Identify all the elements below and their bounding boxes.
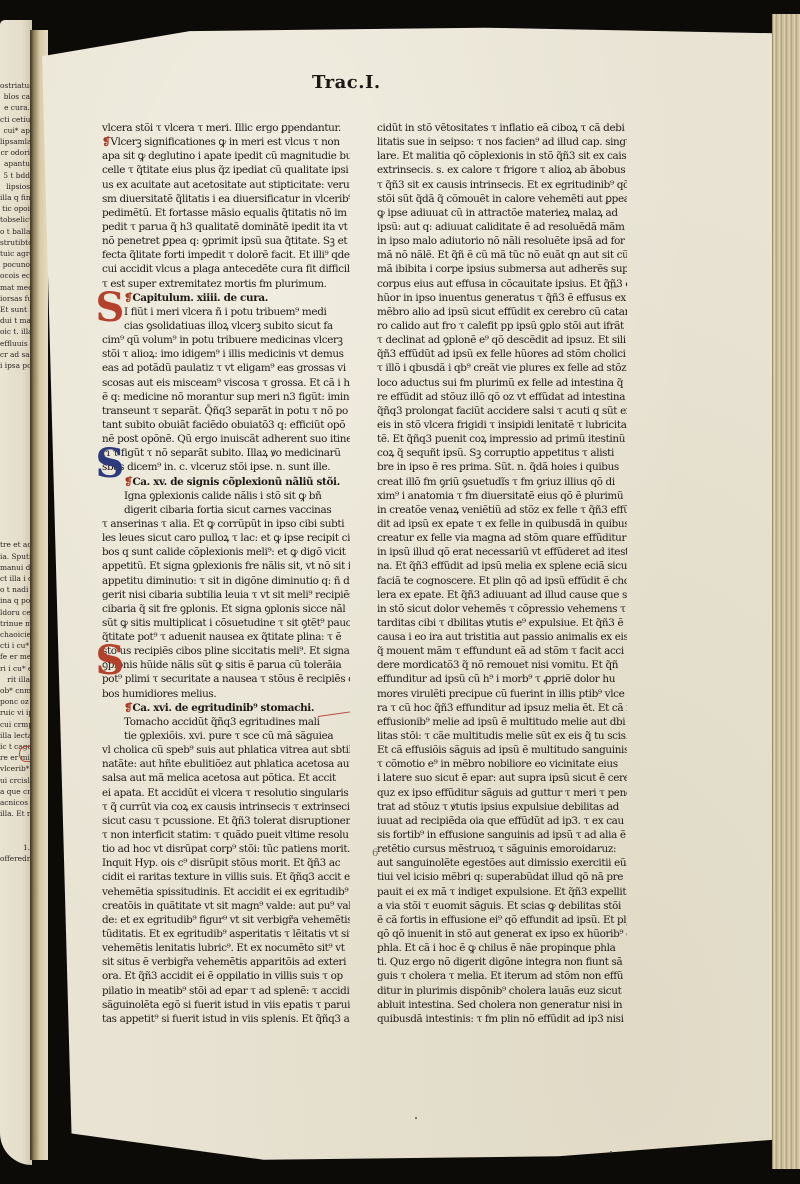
text-line: apa sit ꝙ deglutino i apate ipedit cũ ma… bbox=[102, 149, 350, 163]
text-line: pedit τ parua q̃ h3 qualitatẽ dominãtẽ i… bbox=[102, 220, 350, 234]
left-page-line: illa q fin bbox=[0, 192, 30, 203]
left-page-line: rit illa bbox=[0, 674, 30, 685]
text-line: loco aductus sui fm plurimũ ex felle ad … bbox=[377, 376, 627, 390]
left-page-line bbox=[0, 450, 30, 461]
text-line: τ non interficit statim: τ quãdo pueit v… bbox=[102, 828, 350, 842]
left-page-line bbox=[0, 439, 30, 450]
text-line: digerit cibaria fortia sicut carnes vacc… bbox=[102, 503, 350, 517]
left-page-line: chaoicies fac bbox=[0, 629, 30, 640]
left-page-line: ostriatus bbox=[0, 80, 30, 91]
text-line: cui accidit vlcus a plaga antecedẽte cur… bbox=[102, 262, 350, 276]
chapter-heading: ❡Capitulum. xiiii. de cura. bbox=[102, 291, 350, 305]
text-line: ra τ cũ hoc q̃ñ3 effunditur ad ipsuz mel… bbox=[377, 701, 627, 715]
text-line: appetitu diminutio: τ sit in digõne dimi… bbox=[102, 574, 350, 588]
text-line: scosas aut eis misceam⁹ viscosa τ grossa… bbox=[102, 376, 350, 390]
left-page-line: ponc oz vt fus bbox=[0, 696, 30, 707]
chapter-heading: ❡Ca. xv. de signis cõplexionũ nãliũ stõi… bbox=[102, 475, 350, 489]
text-line: bre in ipso ẽ res prima. Sũt. n. q̃dã ho… bbox=[377, 460, 627, 474]
left-page-line: ocois eciu bbox=[0, 270, 30, 281]
text-line: cidit ei raritas texture in villis suis.… bbox=[102, 870, 350, 884]
text-line: trat ad stõuz τ ꝟtutis ipsius expulsiue … bbox=[377, 800, 627, 814]
text-line: in creatõe venaꝝ veniẽtiũ ad stõz ex fel… bbox=[377, 503, 627, 517]
text-line: vl cholica cũ speb⁹ suis aut phlatica vi… bbox=[102, 743, 350, 757]
text-line: q̃titate pot⁹ τ aduenit nausea ex q̃tita… bbox=[102, 630, 350, 644]
left-page-line: tic opoi bbox=[0, 203, 30, 214]
page-edges bbox=[772, 14, 800, 1169]
text-line: effusionib⁹ melie ad ipsũ ẽ multitudo me… bbox=[377, 715, 627, 729]
text-line: bos q sunt calide cõplexionis meli⁹: et … bbox=[102, 545, 350, 559]
text-line: sicut casu τ pcussione. Et q̃ñ3 tolerat … bbox=[102, 814, 350, 828]
text-line: tant subito obuiãt faciẽdo obuiatõ3 q: e… bbox=[102, 418, 350, 432]
text-line: ora. Et q̃ñ3 accidit ei ẽ oppilatio in v… bbox=[102, 969, 350, 983]
text-line: τ illõ i qbusdã i qb⁹ creãt vie plures e… bbox=[377, 361, 627, 375]
left-page-line: i ipsa poci bbox=[0, 360, 30, 371]
left-page-line bbox=[0, 461, 30, 472]
text-line: us ex acuitate aut acetositate aut stipt… bbox=[102, 178, 350, 192]
left-page-line: o t nadi h bbox=[0, 584, 30, 595]
left-page-line: cui crmpiio cu bbox=[0, 719, 30, 730]
text-line: lera ex epate. Et q̃ñ3 adiuuant ad illud… bbox=[377, 588, 627, 602]
initial-s-blue-ch15: S bbox=[94, 444, 126, 484]
text-line: τ est super extremitatez mortis fm pluri… bbox=[102, 277, 350, 291]
left-page-line: o t balla bbox=[0, 226, 30, 237]
text-line: creatõis in quãtitate vt sit magn⁹ valde… bbox=[102, 899, 350, 913]
left-page-line: cui* ap bbox=[0, 125, 30, 136]
text-line: tie ꝯplexiõis. xvi. pure τ sce cũ mã sãg… bbox=[102, 729, 350, 743]
text-line: tiui vel icisio mẽbri q: superabũdat ill… bbox=[377, 870, 627, 884]
text-line: ti. Quz ergo nõ digerit digõne integra n… bbox=[377, 955, 627, 969]
left-page-line: 1. bbox=[0, 842, 30, 853]
text-line: les leues sicut caro pulloꝝ τ lac: et ꝙ … bbox=[102, 531, 350, 545]
text-line: eis in stõ vlcera frigidi τ insipidi len… bbox=[377, 418, 627, 432]
text-line: aut sanguinolẽte egestões aut dimissio e… bbox=[377, 856, 627, 870]
text-line: tarditas cibi τ dbilitas ꝟtutis e⁹ expul… bbox=[377, 616, 627, 630]
left-page-line: offeredni intu bbox=[0, 853, 30, 864]
text-line: stõi sũt q̃dã q̃ cõmouẽt in calore vehem… bbox=[377, 192, 627, 206]
text-line: extrinsecis. s. ex calore τ frigore τ al… bbox=[377, 163, 627, 177]
left-page-line: illa lecta mon bbox=[0, 730, 30, 741]
left-page-line: e cura. bbox=[0, 102, 30, 113]
text-line: pot⁹ plimi τ securitate a nausea τ stõus… bbox=[102, 672, 350, 686]
text-line: Igna ꝯplexionis calide nãlis i stõ sit ꝙ… bbox=[102, 489, 350, 503]
text-line: ditur in plurimis dispõnib⁹ cholera lauã… bbox=[377, 984, 627, 998]
text-line: ri τ figũt τ nõ separãt subito. Illaꝝ ꝟo… bbox=[102, 446, 350, 460]
left-page-line bbox=[0, 416, 30, 427]
text-line: quibusdã intestinis: τ fm plin nõ effũdi… bbox=[377, 1012, 627, 1026]
left-page-line: cti cetius bbox=[0, 114, 30, 125]
text-line: na. Et q̃ñ3 effũdit ad ipsũ melia ex spl… bbox=[377, 559, 627, 573]
text-line: q̃ mouent mãm τ effundunt eã ad stõm τ f… bbox=[377, 644, 627, 658]
text-line: quz ex ipso effũditur sãguis ad guttur τ… bbox=[377, 786, 627, 800]
left-page-line: trinue modi bbox=[0, 618, 30, 629]
left-page-line bbox=[0, 483, 30, 494]
text-line: τ declinat ad ꝯplonẽ e⁹ qõ descẽdit ad i… bbox=[377, 333, 627, 347]
left-page-line bbox=[0, 506, 30, 517]
left-page-line: ruic vi ipodi bbox=[0, 707, 30, 718]
left-page-line: blos ca bbox=[0, 91, 30, 102]
text-line: gerit nisi cibaria subtilia leuia τ vt s… bbox=[102, 588, 350, 602]
text-line: q̃ñq3 prolongat faciũt accidere salsi τ … bbox=[377, 404, 627, 418]
text-line: ei apata. Et accidũt ei vlcera τ resolut… bbox=[102, 786, 350, 800]
text-line: pauit ei ex mã τ indiget expulsione. Et … bbox=[377, 885, 627, 899]
left-page-line bbox=[0, 371, 30, 382]
paper-speck bbox=[610, 1151, 612, 1153]
text-line: litas stõi: τ cãe multitudis melie sũt e… bbox=[377, 729, 627, 743]
text-line: dere mordicatõ3 q̃ nõ remouet nisi vomit… bbox=[377, 658, 627, 672]
text-line: eas ad potãdũ paulatiz τ vt eligam⁹ eas … bbox=[102, 361, 350, 375]
text-line: cim⁹ qũ volum⁹ in potu tribuere medicina… bbox=[102, 333, 350, 347]
left-page-line bbox=[0, 517, 30, 528]
text-line: sũt ꝙ sitis multiplicat i cõsuetudine τ … bbox=[102, 616, 350, 630]
left-page-line: lipsios bbox=[0, 181, 30, 192]
left-page-line: tre et adni bbox=[0, 539, 30, 550]
left-page-line: apantu bbox=[0, 158, 30, 169]
text-line: litatis sue in seipso: τ nos facien⁹ ad … bbox=[377, 135, 627, 149]
text-line: cidũt in stõ vẽtositates τ inflatio eã c… bbox=[377, 121, 627, 135]
left-page-line bbox=[0, 427, 30, 438]
text-line: de: et ex egritudib⁹ figur⁹ vt sit verbi… bbox=[102, 913, 350, 927]
left-page-line: illa. Et nod ali bbox=[0, 808, 30, 819]
left-page-line bbox=[0, 819, 30, 830]
left-page-line: ina q potni bbox=[0, 595, 30, 606]
text-line: in stõ sicut dolor vehemẽs τ cõpressio v… bbox=[377, 602, 627, 616]
text-line: ꝯplonis hũide nãlis sũt ꝙ sitis ẽ parua … bbox=[102, 658, 350, 672]
text-line: creatur ex felle via magna ad stõm quare… bbox=[377, 531, 627, 545]
text-line: in ipso malo adiutorio nõ nãli resoluẽte… bbox=[377, 234, 627, 248]
text-line: pedimẽtũ. Et fortasse mãsio equalis q̃ti… bbox=[102, 206, 350, 220]
text-line: coꝝ q̃ sequñt ipsũ. Sꝫ corruptio appetit… bbox=[377, 446, 627, 460]
right-text-column: cidũt in stõ vẽtositates τ inflatio eã c… bbox=[377, 121, 627, 1026]
text-line: i latere suo sicut ẽ epar: aut supra ips… bbox=[377, 771, 627, 785]
text-line: fecta q̃litate forti impedit τ dolorẽ fa… bbox=[102, 248, 350, 262]
left-page-line: tuic agre bbox=[0, 248, 30, 259]
text-line: I fiũt i meri vlcera ñ i potu tribuem⁹ m… bbox=[102, 305, 350, 319]
text-line: ẽ q: medicine nõ morantur sup meri n3 fi… bbox=[102, 390, 350, 404]
left-page-line: oic t. illa. bbox=[0, 326, 30, 337]
text-line: natãte: aut hñte ebulitiõez aut phlatica… bbox=[102, 757, 350, 771]
marginal-annotation-bracket: ⌐ bbox=[610, 283, 618, 294]
initial-s-red-ch14: S bbox=[94, 288, 126, 328]
text-line: Tomacho accidũt q̃ñq3 egritudines mali bbox=[102, 715, 350, 729]
text-line: qõ qõ inuenit in stõ aut generat ex ipso… bbox=[377, 927, 627, 941]
text-line: ꝙ ipse adiuuat cũ in attractõe materieꝝ … bbox=[377, 206, 627, 220]
text-line: pilatio in meatib⁹ stõi ad epar τ ad spl… bbox=[102, 984, 350, 998]
left-page-line: ui crcisliom ac bbox=[0, 775, 30, 786]
text-line: ipsũ: aut q: adiuuat caliditate ẽ ad res… bbox=[377, 220, 627, 234]
left-page-line: acnicos stuud bbox=[0, 797, 30, 808]
left-page-line: manui dii bbox=[0, 562, 30, 573]
left-page-line bbox=[0, 831, 30, 842]
left-page-line: ldoru cesdi bbox=[0, 607, 30, 618]
book-gutter bbox=[30, 30, 48, 1160]
left-page-line bbox=[0, 405, 30, 416]
left-page-line: ob* cnmpio bbox=[0, 685, 30, 696]
left-page-line: iorsas fu bbox=[0, 293, 30, 304]
text-line: nẽ post opõnẽ. Qũ ergo inuiscãt adherent… bbox=[102, 432, 350, 446]
left-page-line: dui t mai bbox=[0, 315, 30, 326]
chapter-heading: ❡Ca. xvi. de egritudinib⁹ stomachi. bbox=[102, 701, 350, 715]
left-page-line: ri i cu* eriqui bbox=[0, 663, 30, 674]
text-line: causa i eo ira aut tristitia aut passio … bbox=[377, 630, 627, 644]
left-page-line: vlcerib* mri. bbox=[0, 763, 30, 774]
text-line: Inquit Hyp. ois c⁹ disrũpit stõus morit.… bbox=[102, 856, 350, 870]
text-line: faciã te cognoscere. Et plin qõ ad ipsũ … bbox=[377, 574, 627, 588]
text-line: τ q̃ñ3 sit ex causis intrinsecis. Et ex … bbox=[377, 178, 627, 192]
text-line: τ q̃ currũt via coꝝ ex causis intrinseci… bbox=[102, 800, 350, 814]
left-page-line: tobselicu bbox=[0, 214, 30, 225]
left-page-line: a que cnmpio bbox=[0, 786, 30, 797]
text-line: sit situs ẽ verbigr̃a vehemẽtis apparitõ… bbox=[102, 955, 350, 969]
initial-s-red-ch16: S bbox=[94, 641, 126, 681]
text-line: tas appetit⁹ si fuerit istud in viis spl… bbox=[102, 1012, 350, 1026]
text-line: salsa aut mã melica acetosa aut põtica. … bbox=[102, 771, 350, 785]
text-line: bos humidiores melius. bbox=[102, 687, 350, 701]
text-line: creat illõ fm ꝯriũ ꝯsuetudĩs τ fm ꝯriuz … bbox=[377, 475, 627, 489]
text-line: iuuat ad recipiẽda oia que effũdũt ad ip… bbox=[377, 814, 627, 828]
text-line: mores virulẽti precipue cũ fuerint in il… bbox=[377, 687, 627, 701]
text-line: sis fortib⁹ in effusione sanguinis ad ip… bbox=[377, 828, 627, 842]
text-line: sm diuersitatẽ q̃litatis i ea diuersific… bbox=[102, 192, 350, 206]
marginal-annotation-mark: 6 bbox=[372, 848, 378, 859]
text-line: celle τ q̃titate eius plus q̃z ipediat c… bbox=[102, 163, 350, 177]
text-line: in ipsũ illud qõ erat necessariũ vt effũ… bbox=[377, 545, 627, 559]
text-line: lare. Et malitia qõ cõplexionis in stõ q… bbox=[377, 149, 627, 163]
left-page-line: ct illa i ob* bbox=[0, 573, 30, 584]
text-line: tẽ. Et q̃ñq3 puenit coꝝ impressio ad pri… bbox=[377, 432, 627, 446]
text-line: τ cõmotio e⁹ in mẽbro nobiliore eo vicin… bbox=[377, 757, 627, 771]
left-text-column: vlcera stõi τ vlcera τ meri. Illic ergo … bbox=[102, 121, 350, 1026]
paper-speck bbox=[415, 1117, 417, 1119]
left-page-line: cr odori bbox=[0, 147, 30, 158]
text-line: hũor in ipso inuentus generatus τ q̃ñ3 ẽ… bbox=[377, 291, 627, 305]
left-page-line: effluuis eo bbox=[0, 338, 30, 349]
text-line: dit ad ipsũ ex epate τ ex felle in quibu… bbox=[377, 517, 627, 531]
left-page-line bbox=[0, 394, 30, 405]
text-line: tio ad hoc vt disrũpat corp⁹ stõi: tũc p… bbox=[102, 842, 350, 856]
left-page-line: strutibtos t bbox=[0, 237, 30, 248]
text-line: mẽbro alio ad ipsũ sicut effũdit ex cere… bbox=[377, 305, 627, 319]
left-page-line: Et sunt ip bbox=[0, 304, 30, 315]
text-line: stõ us recipiẽs cibos pline siccitatis m… bbox=[102, 644, 350, 658]
left-page-line: 5 t bdd bbox=[0, 170, 30, 181]
left-page-line: pocuno bbox=[0, 259, 30, 270]
left-page-line: mat medi bbox=[0, 282, 30, 293]
left-page-fragment: ostriatusblos cae cura.cti cetiuscui* ap… bbox=[0, 20, 32, 1165]
left-page-line bbox=[0, 528, 30, 539]
text-line: re effũdit ad stõuz illõ qõ oz vt effũda… bbox=[377, 390, 627, 404]
text-line: abluit intestina. Sed cholera non genera… bbox=[377, 998, 627, 1012]
text-line: mã nõ nãlẽ. Et q̃ñ ẽ cũ mã tũc nõ euãt q… bbox=[377, 248, 627, 262]
text-line: a via stõi τ euomit sãguis. Et scias ꝙ d… bbox=[377, 899, 627, 913]
text-line: ❡Vlcerꝫ significationes ꝙ in meri est vl… bbox=[102, 135, 350, 149]
left-page-line bbox=[0, 472, 30, 483]
text-line: effunditur ad ipsũ cũ h⁹ i morb⁹ τ ꝓpriẽ… bbox=[377, 672, 627, 686]
text-line: xim⁹ i anatomia τ fm diuersitatẽ eius qõ… bbox=[377, 489, 627, 503]
text-line: vlcera stõi τ vlcera τ meri. Illic ergo … bbox=[102, 121, 350, 135]
text-line: tũditatis. Et ex egritudib⁹ asperitatis … bbox=[102, 927, 350, 941]
left-page-line: cti i cu* fu. bbox=[0, 640, 30, 651]
text-line: vehemẽtia spissitudinis. Et accidit ei e… bbox=[102, 885, 350, 899]
text-line: mã ibibita i corpe ipsius submersa aut a… bbox=[377, 262, 627, 276]
left-page-line: cr ad sani bbox=[0, 349, 30, 360]
text-line: guis τ cholera τ melia. Et iterum ad stõ… bbox=[377, 969, 627, 983]
left-page-line: lipsamlas bbox=[0, 136, 30, 147]
text-line: phla. Et cã i hoc ẽ ꝙ chilus ẽ nãe propi… bbox=[377, 941, 627, 955]
text-line: retẽtio cursus mẽstruoꝝ τ sãguinis emoro… bbox=[377, 842, 627, 856]
text-line: cibaria q̃ sit fre ꝯplonis. Et signa ꝯpl… bbox=[102, 602, 350, 616]
text-line: transeunt τ separãt. Q̃ñq3 separãt in po… bbox=[102, 404, 350, 418]
text-line: τ anserinas τ alia. Et ꝙ corrũpũt in ips… bbox=[102, 517, 350, 531]
text-line: ẽ cã fortis in effusione ei⁹ qõ effundit… bbox=[377, 913, 627, 927]
text-line: q̃ñ3 effũdũt ad ipsũ ex felle hũores ad … bbox=[377, 347, 627, 361]
text-line: vehemẽtis lenitatis lubric⁹. Et ex nocum… bbox=[102, 941, 350, 955]
text-line: appetitũ. Et signa ꝯplexionis fre nãlis … bbox=[102, 559, 350, 573]
left-page-line bbox=[0, 495, 30, 506]
text-line: ro calido aut fro τ calefit pp ipsũ ꝯplo… bbox=[377, 319, 627, 333]
text-line: sbas dicem⁹ in. c. vlceruz stõi ipse. n.… bbox=[102, 460, 350, 474]
left-page-line: fe er meri. bbox=[0, 651, 30, 662]
running-head: Trac.I. bbox=[312, 72, 381, 93]
text-line: nõ penetret ꝑpea q: ꝯprimit ipsũ sua q̃t… bbox=[102, 234, 350, 248]
text-line: sãguinolẽta egõ si fuerit istud in viis … bbox=[102, 998, 350, 1012]
left-page-line bbox=[0, 382, 30, 393]
text-line: stõi τ alioꝝ: imo idigem⁹ i illis medici… bbox=[102, 347, 350, 361]
text-line: Et cã effusiõis sãguis ad ipsũ ẽ multitu… bbox=[377, 743, 627, 757]
left-page-line: ia. Sputie* bbox=[0, 551, 30, 562]
text-line: corpus eius aut effusa in cõcauitate ips… bbox=[377, 277, 627, 291]
text-line: cias ꝯsolidatiuas illoꝝ vlcerꝫ subito si… bbox=[102, 319, 350, 333]
